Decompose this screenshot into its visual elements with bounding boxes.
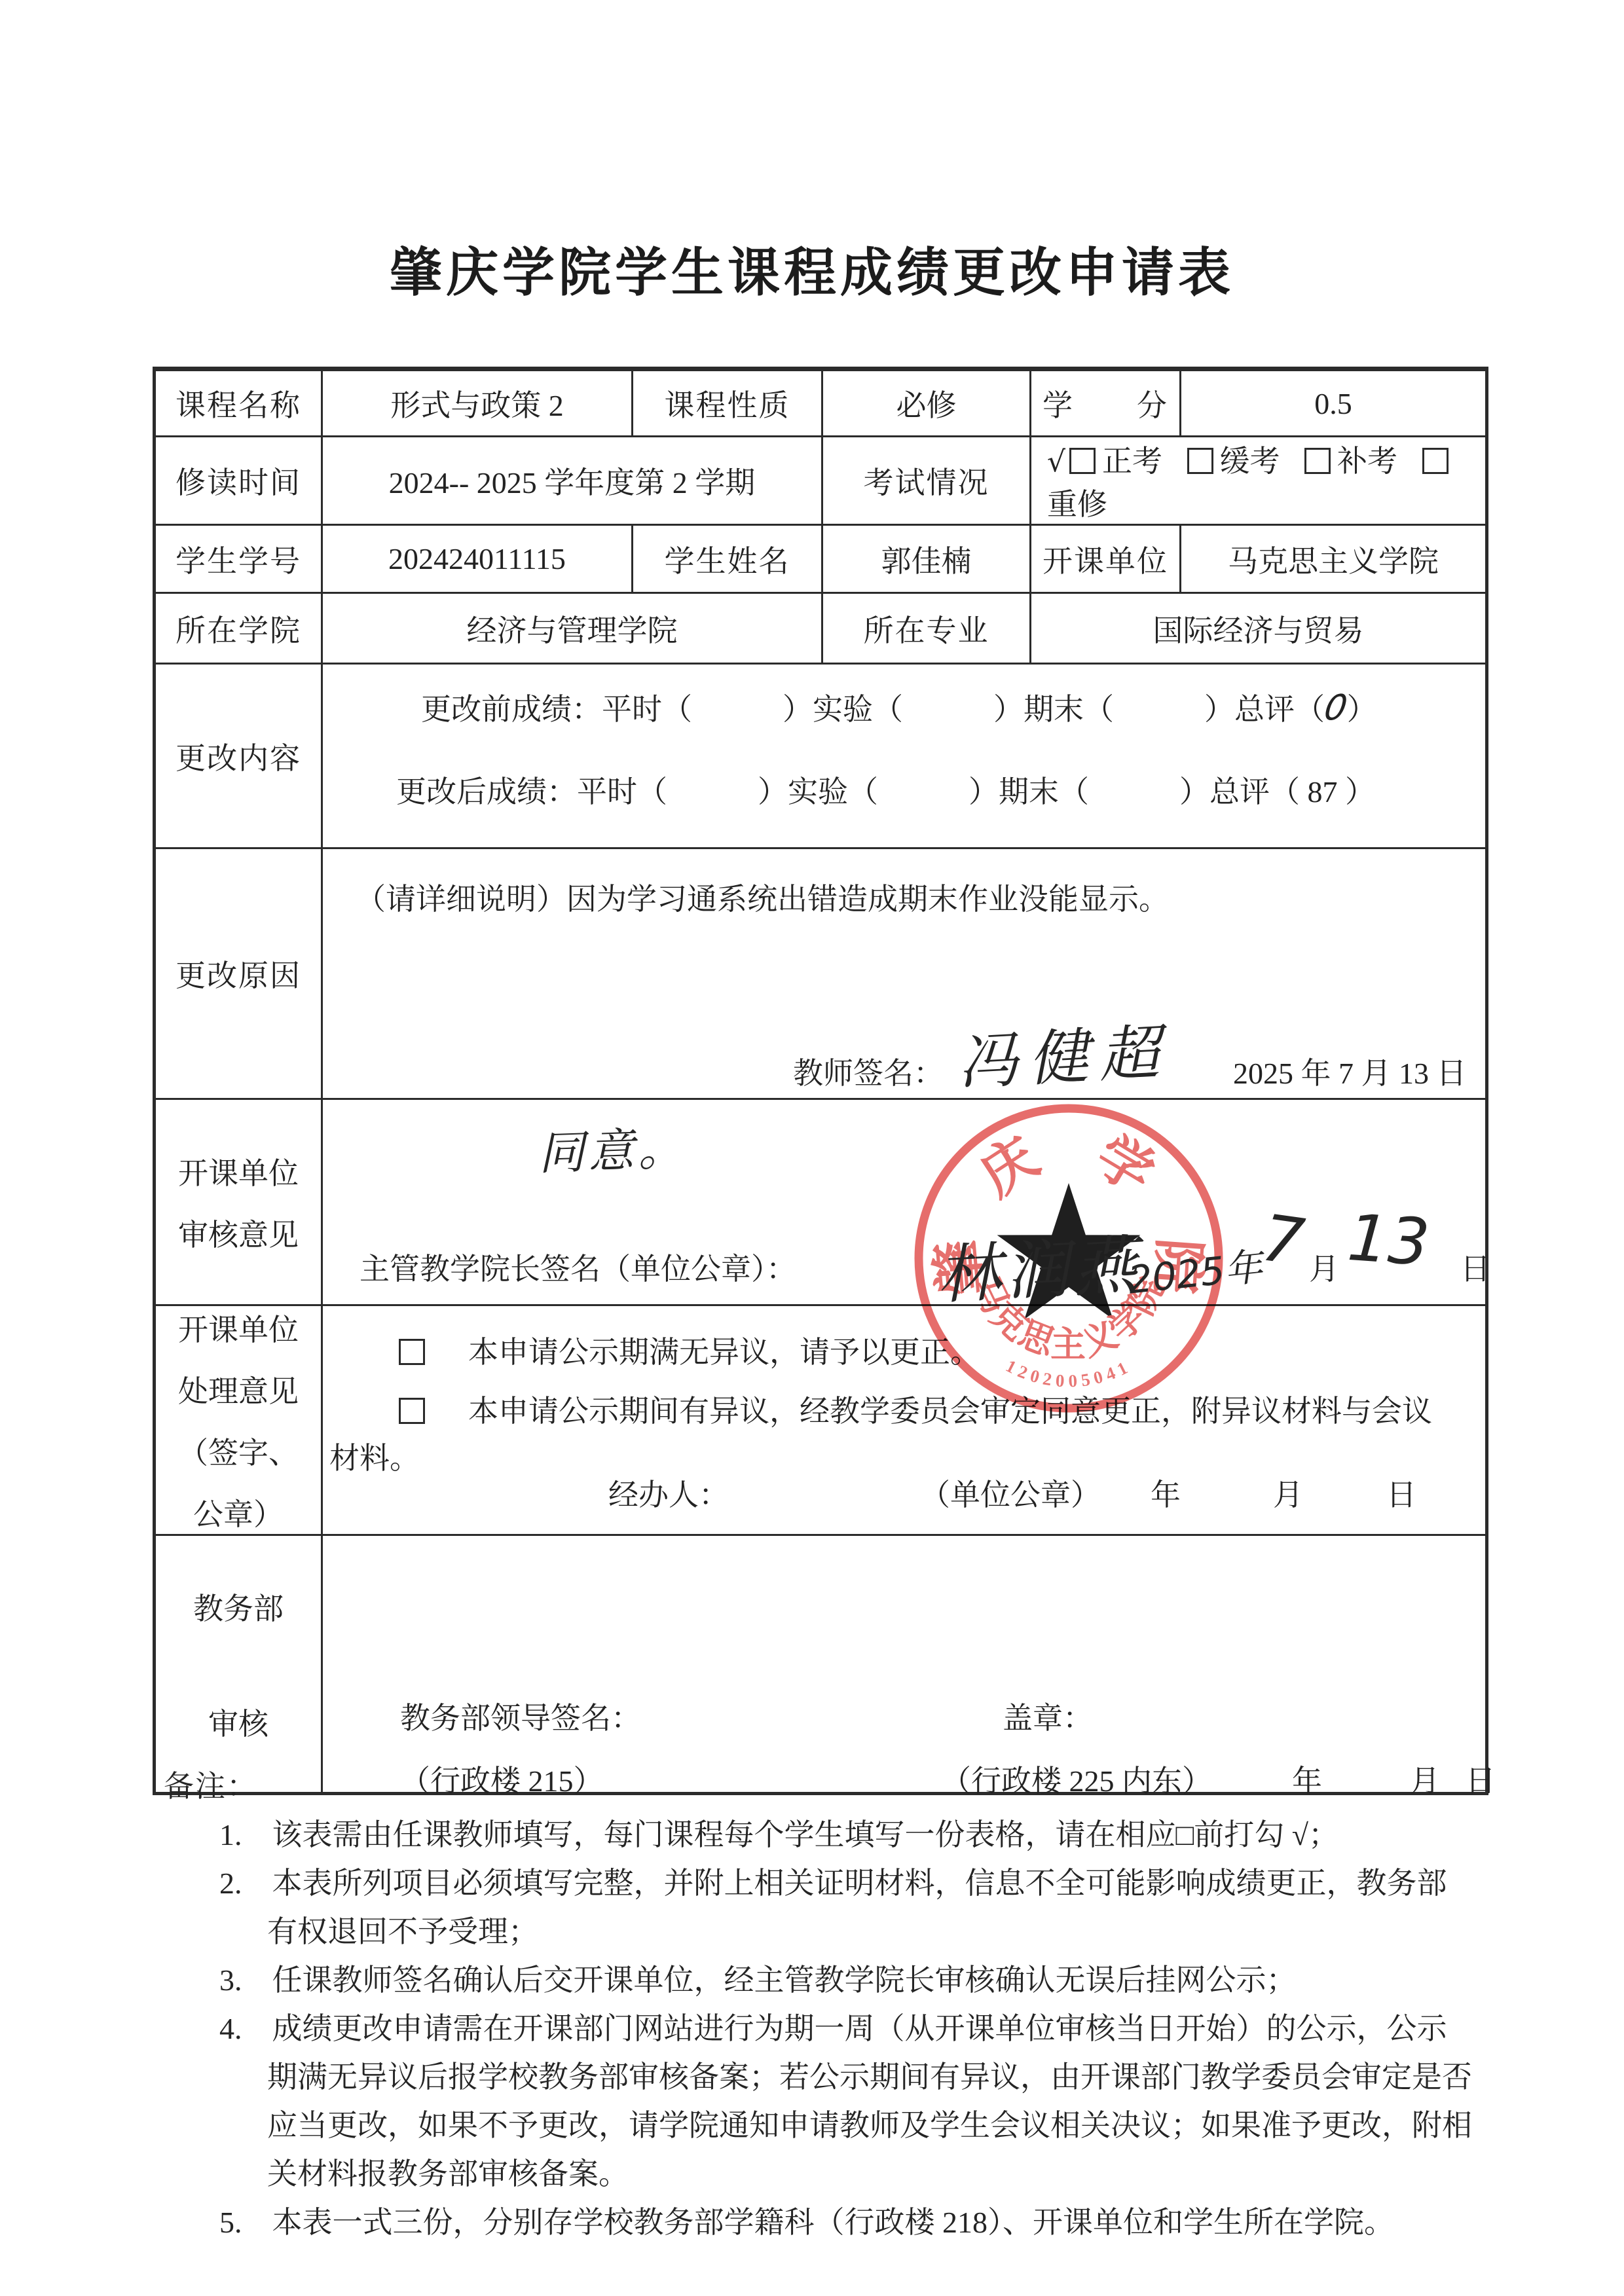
exam-option-label: 正考 xyxy=(1102,445,1162,478)
row-change-reason: 更改原因 （请详细说明）因为学习通系统出错造成期末作业没能显示。 教师签名： 2… xyxy=(155,848,1487,1099)
unit-decision-cell: 本申请公示期满无异议，请予以更正。 本申请公示期间有异议，经教学委员会审定同意更… xyxy=(322,1305,1487,1535)
row-college: 所在学院 经济与管理学院 所在专业 国际经济与贸易 xyxy=(155,593,1487,664)
exam-status-label: 考试情况 xyxy=(822,437,1031,525)
change-reason-cell: （请详细说明）因为学习通系统出错造成期末作业没能显示。 教师签名： 2025 年… xyxy=(322,848,1487,1099)
decision-day-label: 日 xyxy=(1386,1471,1416,1514)
course-name-value: 形式与政策 2 xyxy=(322,369,633,437)
student-name-label: 学生姓名 xyxy=(633,525,822,593)
exam-option-label: 补考 xyxy=(1337,445,1397,478)
unit-review-cell: 主管教学院长签名（单位公章）： 月 日 xyxy=(322,1099,1487,1305)
scanned-form-page: 肇庆学院学生课程成绩更改申请表 课程名称 形式与政策 2 课程性质 必修 学 分… xyxy=(0,0,1624,2296)
notes-heading: 备注： xyxy=(157,1762,1559,1811)
note-line-continuation: 期满无异议后报学校教务部审核备案；若公示期间有异议，由开课部门教学委员会审定是否 xyxy=(157,2053,1559,2102)
checkbox-deferred-exam xyxy=(1187,448,1213,474)
teacher-sign-date: 2025 年 7 月 13 日 xyxy=(1233,1049,1467,1093)
grade-before-line: 更改前成绩：平时（ ）实验（ ）期末（ ）总评（0） xyxy=(421,685,1377,729)
course-type-label: 课程性质 xyxy=(633,369,822,437)
unit-seal-note: （单位公章） xyxy=(920,1471,1101,1514)
major-label: 所在专业 xyxy=(822,593,1031,664)
change-content-label: 更改内容 xyxy=(155,664,322,848)
checkbox-no-objection xyxy=(399,1339,425,1365)
grade-after-line: 更改后成绩：平时（ ）实验（ ）期末（ ）总评（ 87 ） xyxy=(396,768,1375,811)
student-name-value: 郭佳楠 xyxy=(822,525,1031,593)
major-value: 国际经济与贸易 xyxy=(1031,593,1487,664)
note-line-continuation: 应当更改，如果不予更改，请学院通知申请教师及学生会议相关决议；如果准予更改，附相 xyxy=(157,2102,1559,2150)
dean-month-label: 月 xyxy=(1309,1245,1339,1288)
checkbox-objection xyxy=(399,1398,425,1424)
row-change-content: 更改内容 更改前成绩：平时（ ）实验（ ）期末（ ）总评（0） 更改后成绩：平时… xyxy=(155,664,1487,848)
study-time-label: 修读时间 xyxy=(155,437,322,525)
row-registrar: 教务部 审核 教务部领导签名： 盖章： （行政楼 215） （行政楼 225 内… xyxy=(155,1535,1487,1794)
reason-text: （请详细说明）因为学习通系统出错造成期末作业没能显示。 xyxy=(356,875,1169,919)
application-form-table: 课程名称 形式与政策 2 课程性质 必修 学 分 0.5 修读时间 2024--… xyxy=(153,367,1488,1795)
after-total-value: 87 xyxy=(1308,775,1338,809)
notes-section: 备注： 1. 该表需由任课教师填写，每门课程每个学生填写一份表格，请在相应□前打… xyxy=(157,1762,1559,2247)
agent-label: 经办人： xyxy=(608,1471,729,1514)
credit-label: 学 分 xyxy=(1031,369,1181,437)
student-id-value: 202424011115 xyxy=(322,525,633,593)
exam-option-label: 重修 xyxy=(1047,488,1107,521)
note-line: 2. 本表所列项目必须填写完整，并附上相关证明材料，信息不全可能影响成绩更正，教… xyxy=(157,1859,1559,1908)
note-line: 4. 成绩更改申请需在开课部门网站进行为期一周（从开课单位审核当日开始）的公示，… xyxy=(157,2005,1559,2053)
handwritten-teacher-signature: 冯健超 xyxy=(955,1004,1172,1102)
dean-day-label: 日 xyxy=(1460,1245,1490,1288)
exam-option-label: 缓考 xyxy=(1220,445,1280,478)
registrar-cell: 教务部领导签名： 盖章： （行政楼 215） （行政楼 225 内东） 年 月 … xyxy=(322,1535,1487,1794)
handwritten-approval: 同意。 xyxy=(537,1112,688,1183)
study-time-value: 2024-- 2025 学年度第 2 学期 xyxy=(322,437,822,525)
course-unit-value: 马克思主义学院 xyxy=(1181,525,1487,593)
decision-month-label: 月 xyxy=(1273,1471,1303,1514)
exam-status-value: √正考 缓考 补考 重修 xyxy=(1031,437,1487,525)
teacher-sign-label: 教师签名： xyxy=(793,1049,944,1093)
row-term: 修读时间 2024-- 2025 学年度第 2 学期 考试情况 √正考 缓考 补… xyxy=(155,437,1487,525)
decision-option2-cont: 材料。 xyxy=(329,1434,420,1478)
checkbox-retake xyxy=(1422,448,1449,474)
handwritten-day: 13 xyxy=(1345,1201,1431,1281)
course-type-value: 必修 xyxy=(822,369,1031,437)
decision-option1: 本申请公示期满无异议，请予以更正。 xyxy=(396,1328,980,1372)
note-line: 1. 该表需由任课教师填写，每门课程每个学生填写一份表格，请在相应□前打勾 √； xyxy=(157,1811,1559,1859)
unit-decision-label: 开课单位 处理意见 （签字、 公章） xyxy=(155,1305,322,1535)
row-unit-decision: 开课单位 处理意见 （签字、 公章） 本申请公示期满无异议，请予以更正。 本申请… xyxy=(155,1305,1487,1535)
note-line-continuation: 关材料报教务部审核备案。 xyxy=(157,2150,1559,2198)
college-label: 所在学院 xyxy=(155,593,322,664)
dean-sign-label: 主管教学院长签名（单位公章）： xyxy=(360,1245,796,1288)
note-line: 3. 任课教师签名确认后交开课单位，经主管教学院长审核确认无误后挂网公示； xyxy=(157,1956,1559,2005)
college-value: 经济与管理学院 xyxy=(322,593,822,664)
change-content-cell: 更改前成绩：平时（ ）实验（ ）期末（ ）总评（0） 更改后成绩：平时（ ）实验… xyxy=(322,664,1487,848)
unit-review-label: 开课单位 审核意见 xyxy=(155,1099,322,1305)
row-course: 课程名称 形式与政策 2 课程性质 必修 学 分 0.5 xyxy=(155,369,1487,437)
row-student: 学生学号 202424011115 学生姓名 郭佳楠 开课单位 马克思主义学院 xyxy=(155,525,1487,593)
checkbox-makeup-exam xyxy=(1304,448,1331,474)
note-line: 5. 本表一式三份，分别存学校教务部学籍科（行政楼 218）、开课单位和学生所在… xyxy=(157,2198,1559,2247)
checkbox-regular-exam xyxy=(1069,448,1096,474)
student-id-label: 学生学号 xyxy=(155,525,322,593)
change-reason-label: 更改原因 xyxy=(155,848,322,1099)
decision-year-label: 年 xyxy=(1151,1471,1181,1514)
form-title: 肇庆学院学生课程成绩更改申请表 xyxy=(0,230,1624,306)
course-name-label: 课程名称 xyxy=(155,369,322,437)
credit-value: 0.5 xyxy=(1181,369,1487,437)
registrar-stamp-label: 盖章： xyxy=(1003,1694,1093,1738)
registrar-label: 教务部 审核 xyxy=(155,1535,322,1794)
note-line-continuation: 有权退回不予受理； xyxy=(157,1908,1559,1956)
tick-mark: √ xyxy=(1047,445,1065,479)
course-unit-label: 开课单位 xyxy=(1031,525,1181,593)
registrar-sign-label: 教务部领导签名： xyxy=(400,1694,641,1738)
handwritten-dean-signature: 林润燕 xyxy=(934,1214,1143,1317)
handwritten-before-total: 0 xyxy=(1321,687,1350,729)
